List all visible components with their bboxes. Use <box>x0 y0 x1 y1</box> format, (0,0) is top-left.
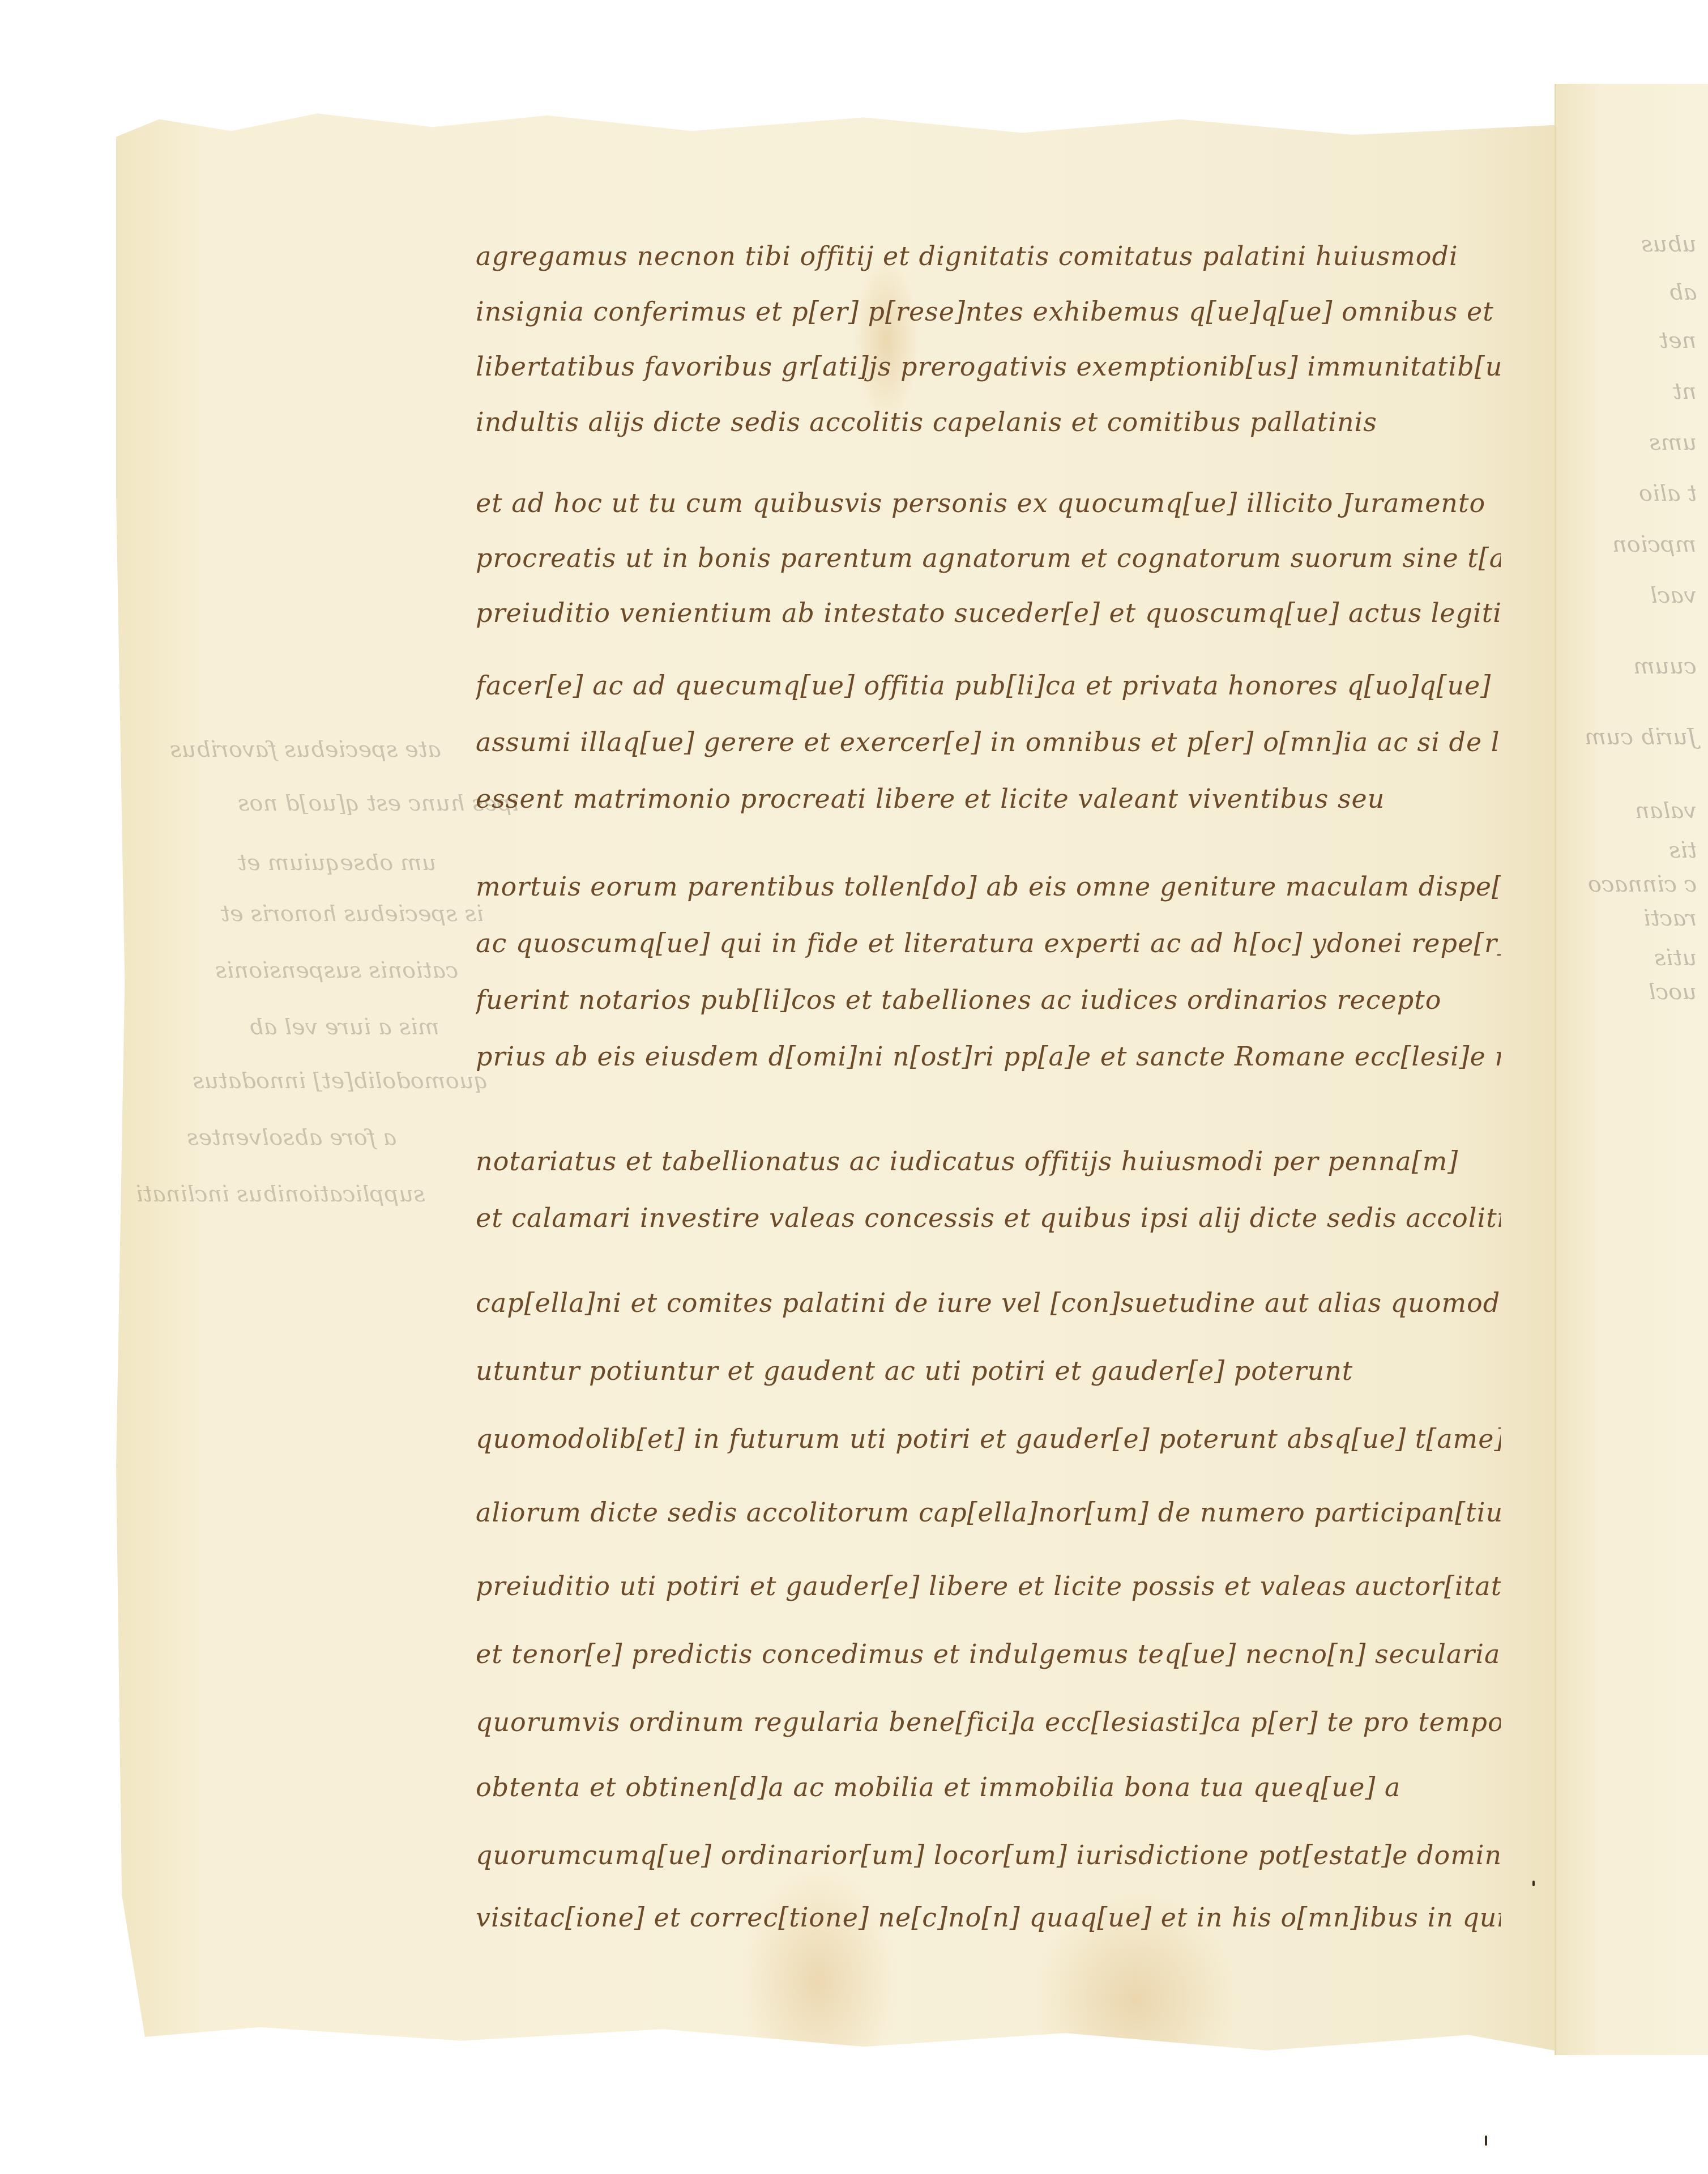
text-line: et tenor[e] predictis concedimus et indu… <box>476 1631 1501 1677</box>
text-line: insignia conferimus et p[er] p[rese]ntes… <box>476 289 1501 334</box>
text-line: preiuditio uti potiri et gauder[e] liber… <box>476 1563 1501 1609</box>
bleed-line: supplicationibus inclinati <box>136 1181 425 1207</box>
text-line: ac quoscumq[ue] qui in fide et literatur… <box>476 920 1501 966</box>
bleed-line: net <box>1659 327 1697 353</box>
text-line: et ad hoc ut tu cum quibusvis personis e… <box>476 480 1501 526</box>
bleed-line: ums <box>1649 429 1697 455</box>
text-line: fuerint notarios pub[li]cos et tabellion… <box>476 977 1501 1022</box>
bleed-line: nt <box>1673 378 1697 404</box>
bleed-line: mpcion <box>1612 531 1697 557</box>
text-line: assumi illaq[ue] gerere et exercer[e] in… <box>476 719 1501 765</box>
text-line: procreatis ut in bonis parentum agnatoru… <box>476 535 1501 581</box>
bleed-line: Jurib cum <box>1585 724 1697 750</box>
text-line: quomodolib[et] in futurum uti potiri et … <box>476 1416 1501 1461</box>
bleed-line: t alio <box>1639 480 1697 506</box>
text-line: prius ab eis eiusdem d[omi]ni n[ost]ri p… <box>476 1034 1501 1079</box>
text-line: agregamus necnon tibi offitij et dignita… <box>476 233 1501 279</box>
bleed-line: mis a iure vel ab <box>249 1014 439 1040</box>
text-line: facer[e] ac ad quecumq[ue] offitia pub[l… <box>476 663 1501 708</box>
text-line: aliorum dicte sedis accolitorum cap[ella… <box>476 1490 1501 1535</box>
bleed-line: utis <box>1654 945 1697 971</box>
text-line: mortuis eorum parentibus tollen[do] ab e… <box>476 864 1501 909</box>
text-line: libertatibus favoribus gr[ati]js preroga… <box>476 344 1501 389</box>
bleed-line: uocl <box>1649 979 1697 1005</box>
text-line: obtenta et obtinen[d]a ac mobilia et imm… <box>476 1764 1501 1810</box>
text-line: et calamari investire valeas concessis e… <box>476 1195 1501 1241</box>
bleed-line: ubus <box>1641 231 1697 257</box>
ink-speck <box>1485 2135 1487 2146</box>
text-line: indultis alijs dicte sedis accolitis cap… <box>476 399 1501 445</box>
text-line: quorumcumq[ue] ordinarior[um] locor[um] … <box>476 1832 1501 1878</box>
bleed-line: racti <box>1643 905 1697 931</box>
bleed-line: c cinnaco <box>1588 871 1697 897</box>
text-line: cap[ella]ni et comites palatini de iure … <box>476 1280 1501 1325</box>
bleed-line: cationis suspensionis <box>215 957 458 983</box>
bleed-line: um obsequium et <box>238 850 437 876</box>
text-line: utuntur potiuntur et gaudent ac uti poti… <box>476 1348 1501 1393</box>
bleed-line: vacl <box>1650 582 1697 608</box>
bleed-through-right: ubus ab net nt ums t alio mpcion vacl cu… <box>1555 84 1708 2055</box>
manuscript-scan: ate speciebus favoribus ipes hunc est q[… <box>0 0 1708 2174</box>
bleed-line: tis <box>1669 837 1697 863</box>
text-line: quorumvis ordinum regularia bene[fici]a … <box>476 1699 1501 1745</box>
text-line: visitac[ione] et correc[tione] ne[c]no[n… <box>476 1895 1501 1940</box>
bleed-line: ab <box>1669 279 1697 305</box>
bleed-line: cuum <box>1633 653 1697 679</box>
text-line: preiuditio venientium ab intestato suced… <box>476 590 1501 636</box>
bleed-line: is speciebus honoris et <box>221 901 484 927</box>
bleed-line: ate speciebus favoribus <box>170 736 441 762</box>
text-line: essent matrimonio procreati libere et li… <box>476 776 1501 821</box>
bleed-line: valan <box>1635 798 1697 824</box>
bleed-line: quomodolib[et] innodatus <box>193 1068 488 1094</box>
ink-speck <box>1532 1881 1535 1886</box>
text-line: notariatus et tabellionatus ac iudicatus… <box>476 1139 1501 1184</box>
bleed-line: a fore absolventes <box>187 1124 396 1150</box>
